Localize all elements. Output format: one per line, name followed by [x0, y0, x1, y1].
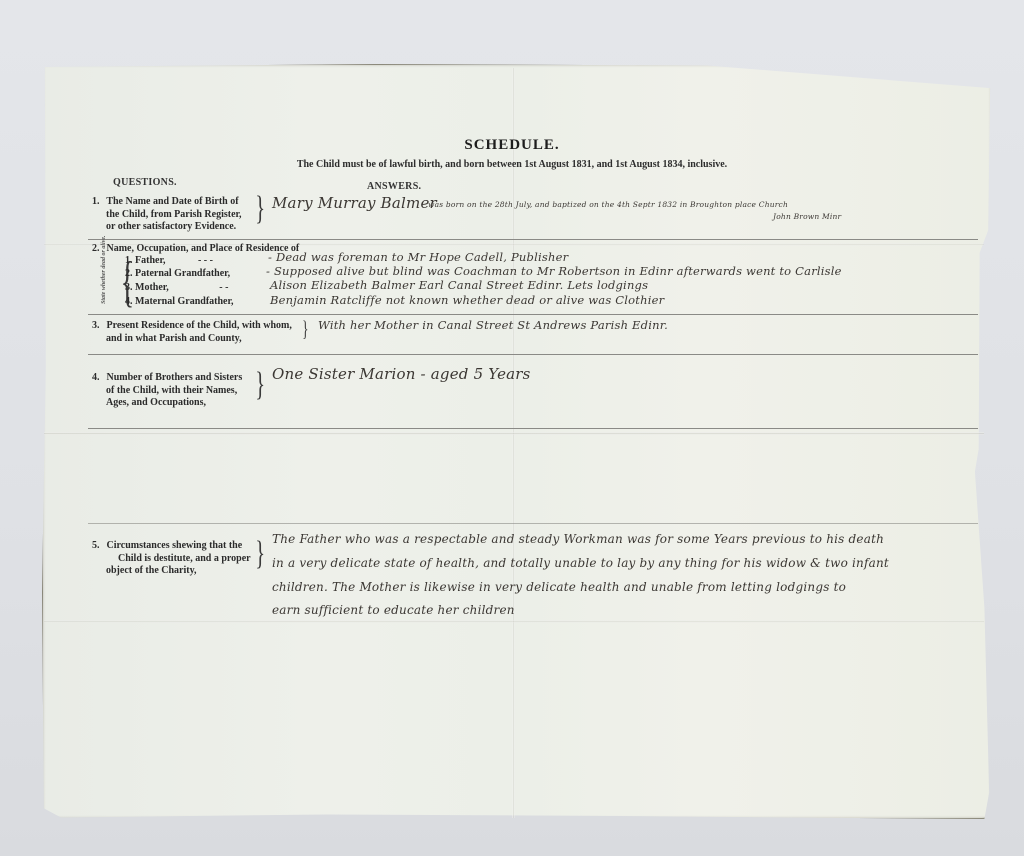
horizontal-fold-lower — [44, 620, 984, 623]
q2-father-label: 1. Father, - - - — [125, 255, 213, 266]
rule-3 — [88, 354, 978, 355]
answer-5-line-4: earn sufficient to educate her children — [272, 603, 515, 617]
rule-2 — [88, 314, 978, 315]
answer-2-mother: Alison Elizabeth Balmer Earl Canal Stree… — [270, 278, 648, 292]
rule-5 — [88, 523, 978, 524]
schedule-title: SCHEDULE. — [0, 137, 1024, 154]
question-5-line-3: object of the Charity, — [92, 565, 251, 578]
question-1-line-2: the Child, from Parish Register, — [92, 209, 242, 222]
answer-3-residence: With her Mother in Canal Street St Andre… — [318, 318, 668, 332]
answer-2-paternal-grandfather: - Supposed alive but blind was Coachman … — [266, 264, 842, 278]
answer-5-line-1: The Father who was a respectable and ste… — [272, 532, 884, 546]
question-5-line-1: Circumstances shewing that the — [107, 540, 243, 551]
question-1-line-3: or other satisfactory Evidence. — [92, 221, 242, 234]
q2-maternal-grandfather-label: 4. Maternal Grandfather, — [125, 296, 234, 307]
answer-2-father: - Dead was foreman to Mr Hope Cadell, Pu… — [268, 250, 568, 264]
question-5: 5. Circumstances shewing that the Child … — [92, 540, 251, 578]
answer-2-maternal-grandfather: Benjamin Ratcliffe not known whether dea… — [270, 293, 664, 307]
brace-1: } — [255, 192, 265, 226]
question-1: 1. The Name and Date of Birth of the Chi… — [92, 196, 242, 234]
brace-3: } — [302, 318, 308, 340]
rule-1 — [88, 239, 978, 240]
rule-4 — [88, 428, 978, 429]
answer-1-detail: was born on the 28th July, and baptized … — [428, 200, 788, 209]
answer-5-line-3: children. The Mother is likewise in very… — [272, 580, 846, 594]
answer-1-signature: John Brown Minr — [773, 212, 841, 221]
side-note-dead-or-alive: State whether dead or alive. — [101, 236, 107, 305]
question-5-line-2: Child is destitute, and a proper — [92, 553, 251, 566]
q2-mother-label: 3. Mother, - - — [125, 282, 228, 293]
brace-4: } — [255, 368, 265, 402]
horizontal-fold — [44, 432, 984, 435]
question-1-line-1: The Name and Date of Birth of — [106, 196, 238, 207]
question-4-line-2: of the Child, with their Names, — [92, 385, 242, 398]
question-4-line-1: Number of Brothers and Sisters — [107, 372, 243, 383]
answer-5-line-2: in a very delicate state of health, and … — [272, 556, 889, 570]
answers-header: ANSWERS. — [367, 181, 421, 192]
question-4-line-3: Ages, and Occupations, — [92, 397, 242, 410]
q2-paternal-grandfather-label: 2. Paternal Grandfather, — [125, 268, 230, 279]
vertical-fold — [512, 68, 515, 818]
question-3-line-1: Present Residence of the Child, with who… — [107, 320, 292, 331]
answer-4-siblings: One Sister Marion - aged 5 Years — [272, 365, 531, 383]
schedule-subtitle: The Child must be of lawful birth, and b… — [0, 159, 1024, 170]
document-paper — [42, 64, 992, 819]
question-4: 4. Number of Brothers and Sisters of the… — [92, 372, 242, 410]
question-3: 3. Present Residence of the Child, with … — [92, 320, 292, 345]
brace-5: } — [255, 537, 265, 571]
answer-1-name: Mary Murray Balmer — [272, 194, 437, 212]
question-3-line-2: and in what Parish and County, — [92, 333, 292, 346]
questions-header: QUESTIONS. — [113, 177, 177, 188]
